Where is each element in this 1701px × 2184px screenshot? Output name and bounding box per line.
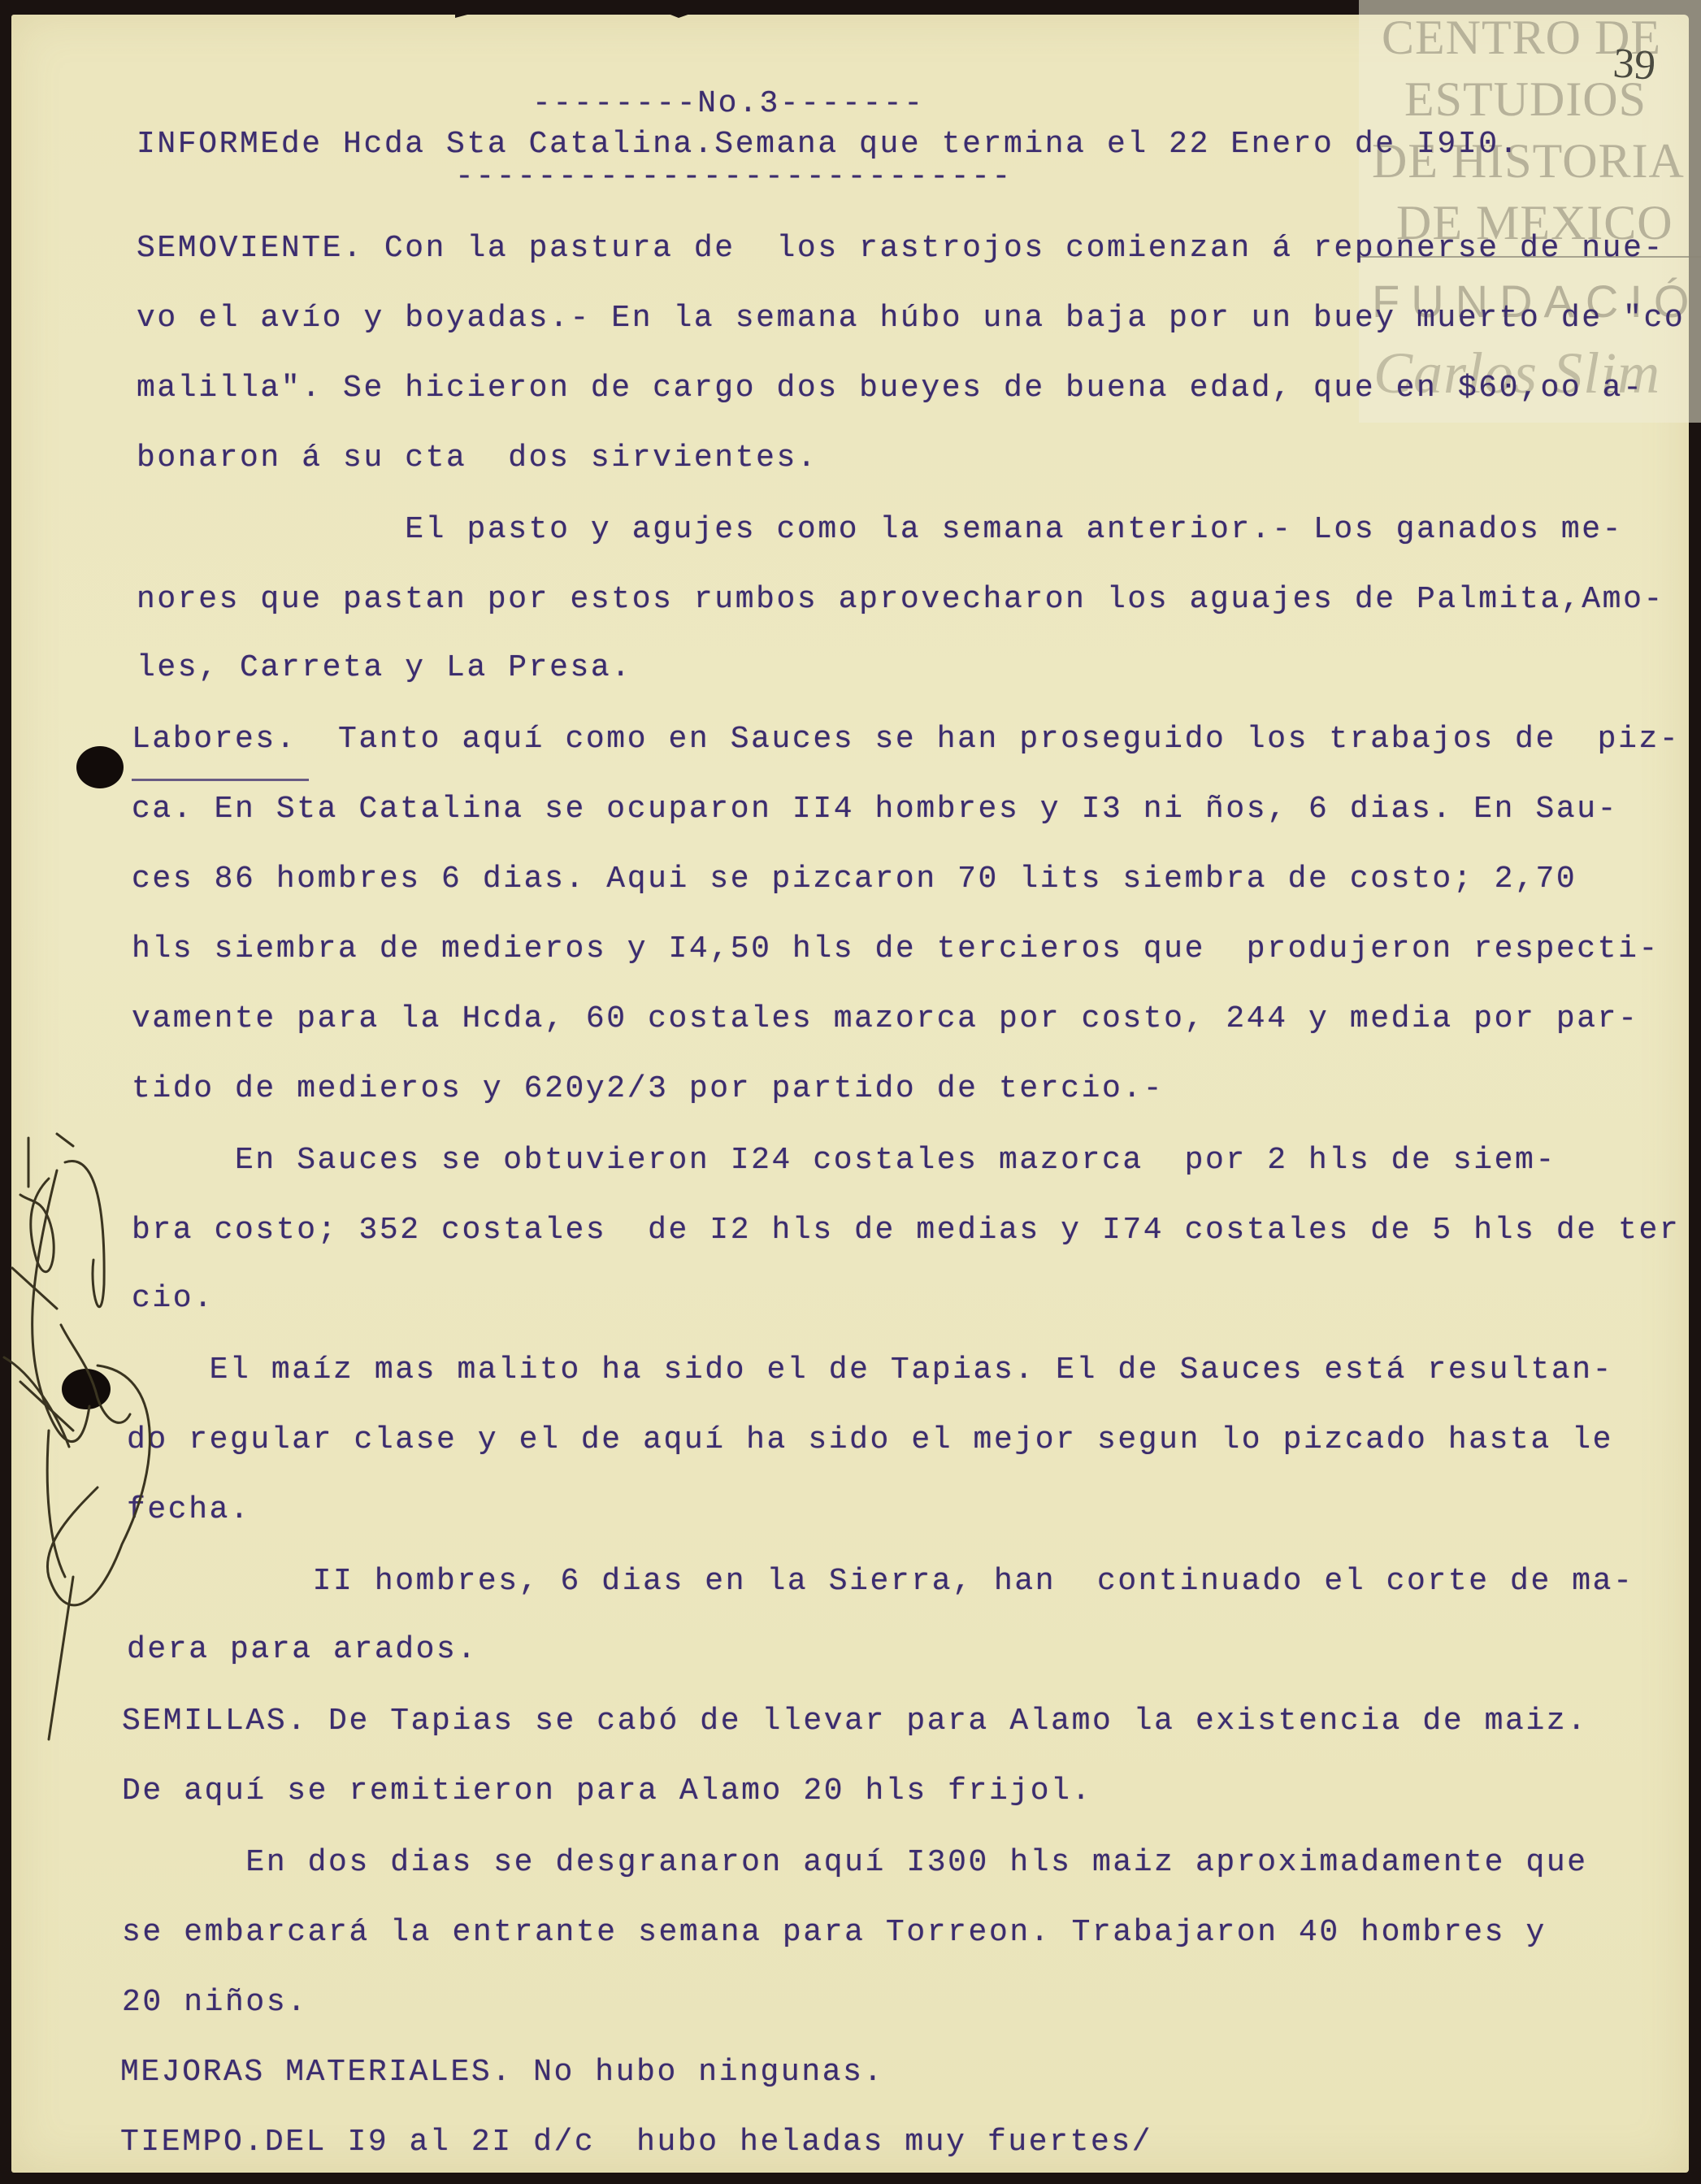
- report-title: INFORMEde Hcda Sta Catalina.Semana que t…: [137, 127, 1520, 162]
- body-line: malilla". Se hicieron de cargo dos bueye…: [137, 371, 1643, 406]
- section-underline: [132, 779, 309, 781]
- section-semillas: SEMILLAS. De Tapias se cabó de llevar pa…: [122, 1704, 1588, 1739]
- body-line: ces 86 hombres 6 dias. Aqui se pizcaron …: [132, 862, 1577, 897]
- body-line: ca. En Sta Catalina se ocuparon II4 homb…: [132, 792, 1618, 827]
- body-line: vo el avío y boyadas.- En la semana húbo…: [137, 301, 1685, 336]
- title-underline: ---------------------------: [455, 159, 1013, 194]
- section-tiempo: TIEMPO.DEL I9 al 2I d/c hubo heladas muy…: [120, 2125, 1152, 2160]
- watermark-line: ESTUDIOS: [1404, 72, 1647, 128]
- report-number: --------No.3-------: [532, 86, 925, 121]
- section-labores: Labores. Tanto aquí como en Sauces se ha…: [132, 722, 1680, 757]
- body-line: les, Carreta y La Presa.: [137, 650, 632, 685]
- body-line: En dos dias se desgranaron aquí I300 hls…: [122, 1845, 1588, 1880]
- body-line: hls siembra de medieros y I4,50 hls de t…: [132, 931, 1660, 966]
- body-line: do regular clase y el de aquí ha sido el…: [127, 1422, 1613, 1457]
- body-line: vamente para la Hcda, 60 costales mazorc…: [132, 1001, 1638, 1036]
- body-line: El pasto y agujes como la semana anterio…: [137, 512, 1623, 547]
- body-line: nores que pastan por estos rumbos aprove…: [137, 582, 1664, 617]
- section-mejoras: MEJORAS MATERIALES. No hubo ningunas.: [120, 2055, 884, 2090]
- body-line: bonaron á su cta dos sirvientes.: [137, 441, 818, 475]
- body-line: tido de medieros y 620y2/3 por partido d…: [132, 1071, 1164, 1106]
- body-line: El maíz mas malito ha sido el de Tapias.…: [127, 1353, 1613, 1387]
- body-line: 20 niños.: [122, 1985, 308, 2020]
- handwritten-signature-icon: [0, 1122, 179, 1756]
- body-line: En Sauces se obtuvieron I24 costales maz…: [132, 1143, 1556, 1178]
- body-line: II hombres, 6 dias en la Sierra, han con…: [127, 1564, 1634, 1599]
- body-line: se embarcará la entrante semana para Tor…: [122, 1915, 1547, 1950]
- body-line: dera para arados.: [127, 1632, 478, 1667]
- body-line: bra costo; 352 costales de I2 hls de med…: [132, 1213, 1680, 1248]
- folio-number: 39: [1612, 39, 1657, 89]
- body-line: SEMOVIENTE. Con la pastura de los rastro…: [137, 231, 1664, 266]
- bottom-edge: [0, 2173, 1701, 2184]
- punch-hole: [76, 746, 124, 788]
- body-line: De aquí se remitieron para Alamo 20 hls …: [122, 1774, 1092, 1808]
